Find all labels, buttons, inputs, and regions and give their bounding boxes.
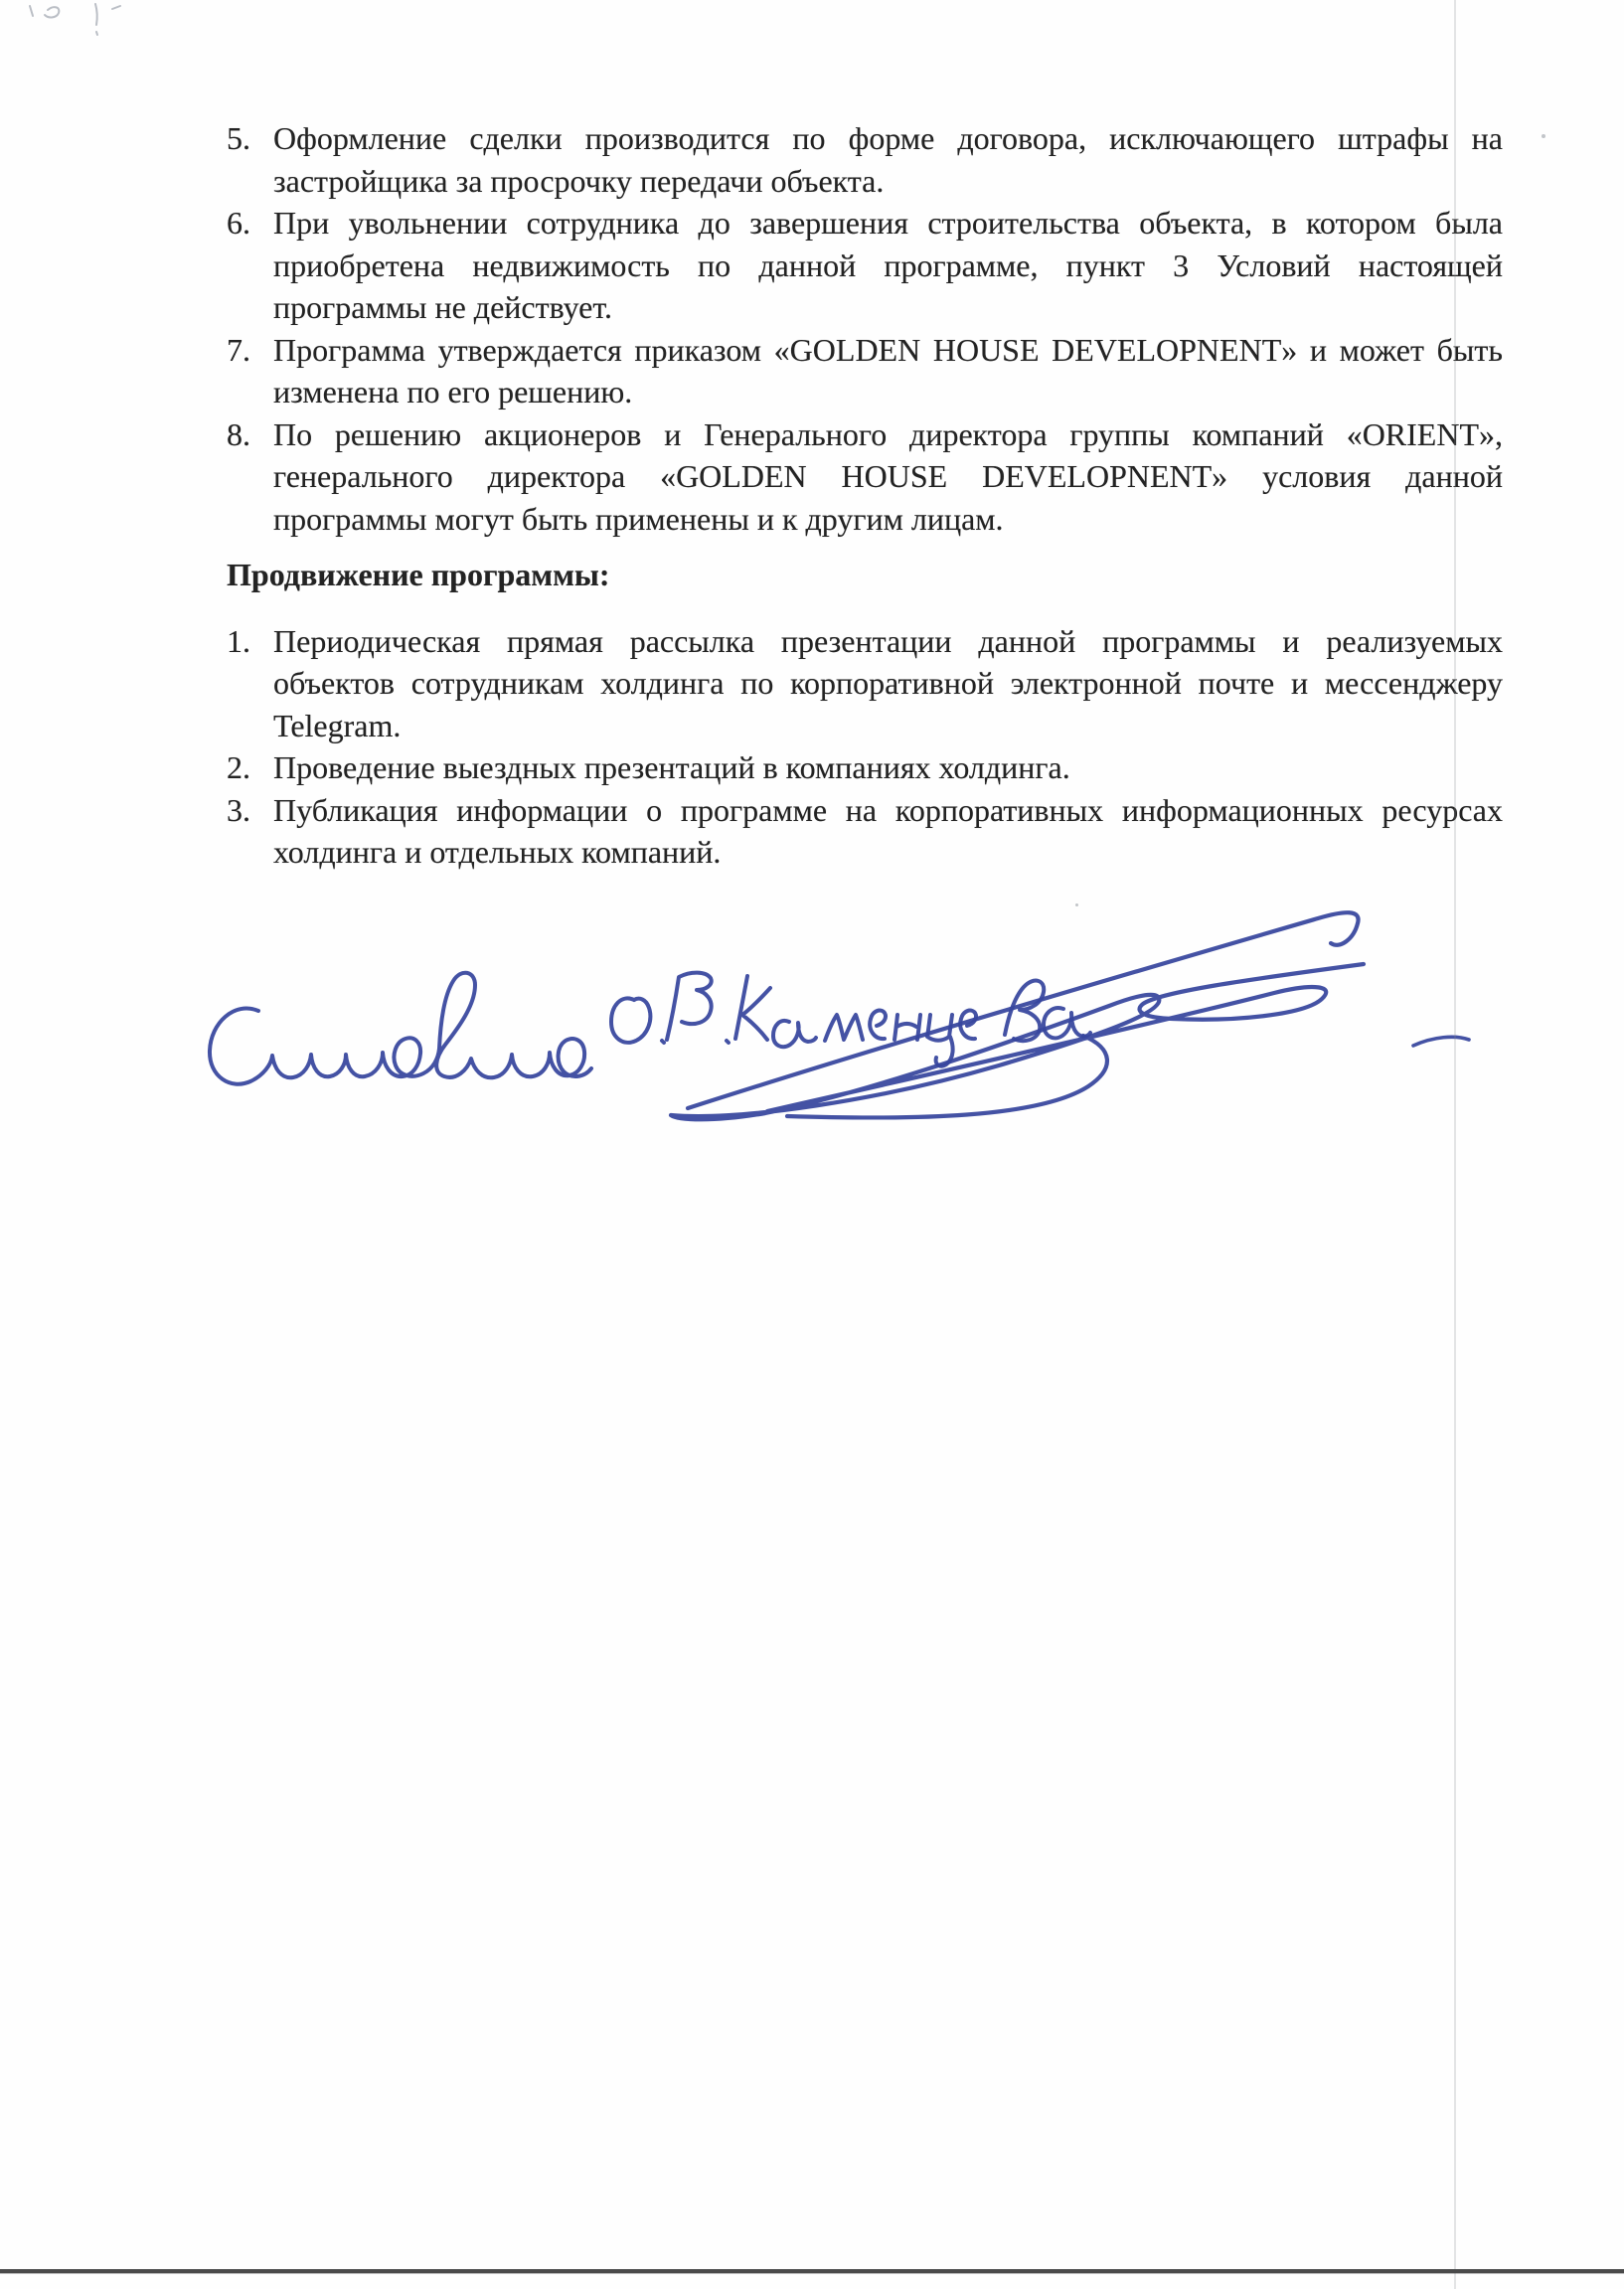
list-item: 6.При увольнении сотрудника до завершени…: [227, 202, 1503, 329]
list-item: 8.По решению акционеров и Генерального д…: [227, 413, 1503, 541]
list-item-text: Публикация информации о программе на кор…: [273, 789, 1503, 874]
scan-paper-edge: [0, 2269, 1624, 2273]
signature-flourish: [671, 912, 1364, 1119]
list-item-text: Периодическая прямая рассылка презентаци…: [273, 620, 1503, 747]
list-item: 7.Программа утверждается приказом «GOLDE…: [227, 329, 1503, 413]
list-item-number: 5.: [227, 117, 250, 160]
numbered-list-conditions: 5.Оформление сделки производится по форм…: [227, 117, 1503, 540]
list-item-number: 1.: [227, 620, 250, 663]
list-item-number: 3.: [227, 789, 250, 832]
list-item-number: 2.: [227, 746, 250, 789]
handwritten-signature: [129, 870, 1491, 1158]
list-item-text: Проведение выездных презентаций в компан…: [273, 746, 1503, 789]
section-heading-promotion: Продвижение программы:: [227, 554, 1503, 596]
scan-speck: [1542, 134, 1545, 138]
list-item: 2.Проведение выездных презентаций в комп…: [227, 746, 1503, 789]
list-item-number: 7.: [227, 329, 250, 372]
list-item-number: 8.: [227, 413, 250, 456]
list-item: 1.Периодическая прямая рассылка презента…: [227, 620, 1503, 747]
list-item-text: При увольнении сотрудника до завершения …: [273, 202, 1503, 329]
list-item-text: По решению акционеров и Генерального дир…: [273, 413, 1503, 541]
list-item: 5.Оформление сделки производится по форм…: [227, 117, 1503, 202]
document-body: 5.Оформление сделки производится по форм…: [227, 117, 1503, 874]
signature-dash: [1413, 1037, 1469, 1046]
list-item-text: Оформление сделки производится по форме …: [273, 117, 1503, 202]
list-item-number: 6.: [227, 202, 250, 245]
numbered-list-promotion: 1.Периодическая прямая рассылка презента…: [227, 620, 1503, 874]
scanned-document-page: { "document": { "list_upper": { "items":…: [0, 0, 1624, 2289]
scan-speck: [1075, 903, 1078, 906]
scan-fold-line: [1454, 0, 1456, 2289]
pencil-marks: [0, 0, 258, 46]
handwriting-initials: [611, 973, 729, 1043]
list-item: 3.Публикация информации о программе на к…: [227, 789, 1503, 874]
list-item-text: Программа утверждается приказом «GOLDEN …: [273, 329, 1503, 413]
handwriting-soglasovano: [210, 973, 591, 1084]
